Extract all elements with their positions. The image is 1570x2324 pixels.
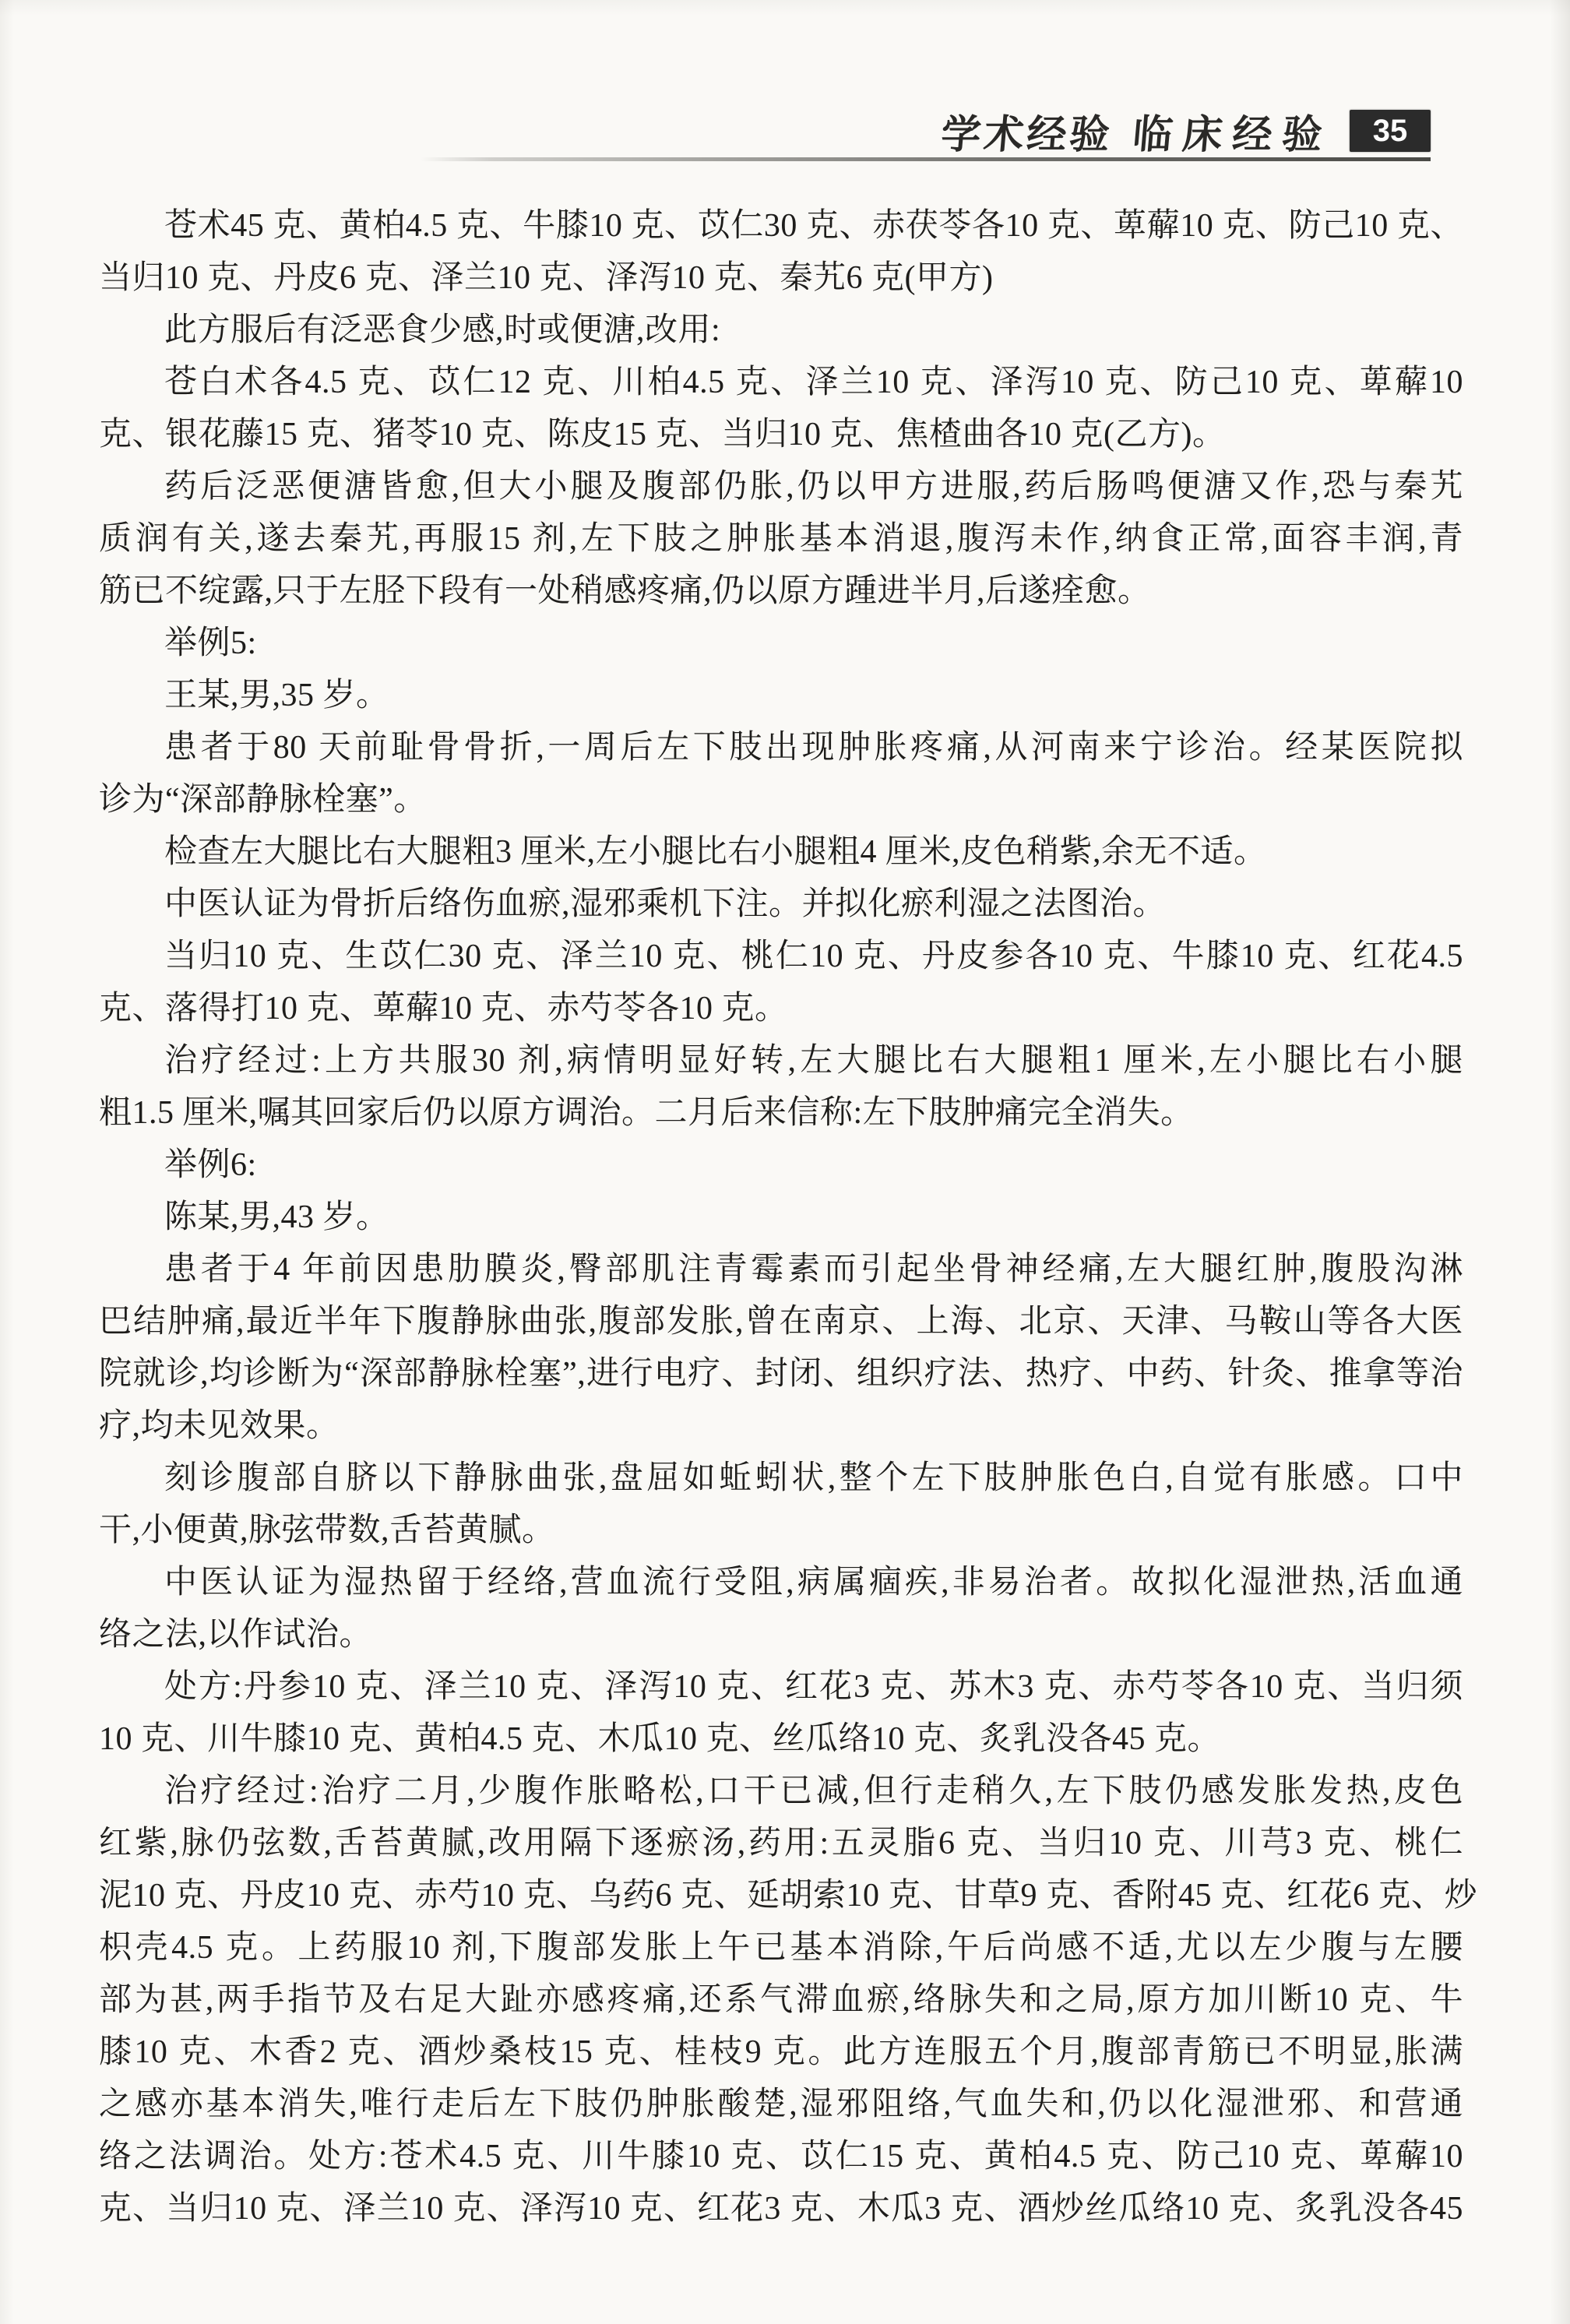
header-rule [421,157,1431,161]
header-section-left: 学术经验 [939,114,1114,157]
text-line: 治疗经过:上方共服30 剂,病情明显好转,左大腿比右大腿粗1 厘米,左小腿比右小… [99,1035,1463,1087]
text-line: 举例6: [99,1139,1463,1192]
text-line: 质润有关,遂去秦艽,再服15 剂,左下肢之肿胀基本消退,腹泻未作,纳食正常,面容… [99,513,1463,565]
text-line: 巴结肿痛,最近半年下腹静脉曲张,腹部发胀,曾在南京、上海、北京、天津、马鞍山等各… [99,1296,1463,1348]
text-line: 枳壳4.5 克。上药服10 剂,下腹部发胀上午已基本消除,午后尚感不适,尤以左少… [99,1922,1463,1974]
text-line: 中医认证为骨折后络伤血瘀,湿邪乘机下注。并拟化瘀利湿之法图治。 [99,879,1463,931]
text-line: 苍术45 克、黄柏4.5 克、牛膝10 克、苡仁30 克、赤茯苓各10 克、萆薢… [99,200,1463,252]
text-line: 部为甚,两手指节及右足大趾亦感疼痛,还系气滞血瘀,络脉失和之局,原方加川断10 … [99,1974,1463,2026]
running-header: 学术经验临床经验 35 [942,107,1431,154]
text-line: 泥10 克、丹皮10 克、赤芍10 克、乌药6 克、延胡索10 克、甘草9 克、… [99,1870,1463,1922]
text-line: 络之法调治。处方:苍术4.5 克、川牛膝10 克、苡仁15 克、黄柏4.5 克、… [99,2131,1463,2183]
text-line: 膝10 克、木香2 克、酒炒桑枝15 克、桂枝9 克。此方连服五个月,腹部青筋已… [99,2026,1463,2079]
text-line: 粗1.5 厘米,嘱其回家后仍以原方调治。二月后来信称:左下肢肿痛完全消失。 [99,1087,1463,1139]
text-line: 陈某,男,43 岁。 [99,1192,1463,1244]
text-line: 疗,均未见效果。 [99,1400,1463,1452]
text-line: 中医认证为湿热留于经络,营血流行受阻,病属痼疾,非易治者。故拟化湿泄热,活血通 [99,1557,1463,1609]
text-line: 干,小便黄,脉弦带数,舌苔黄腻。 [99,1505,1463,1557]
text-line: 红紫,脉仍弦数,舌苔黄腻,改用隔下逐瘀汤,药用:五灵脂6 克、当归10 克、川芎… [99,1818,1463,1870]
text-line: 诊为“深部静脉栓塞”。 [99,774,1463,826]
page-number-badge: 35 [1350,110,1431,152]
text-line: 此方服后有泛恶食少感,时或便溏,改用: [99,305,1463,357]
text-line: 刻诊腹部自脐以下静脉曲张,盘屈如蚯蚓状,整个左下肢肿胀色白,自觉有胀感。口中 [99,1452,1463,1505]
header-section-right: 临床经验 [1131,114,1334,157]
text-line: 之感亦基本消失,唯行走后左下肢仍肿胀酸楚,湿邪阻络,气血失和,仍以化湿泄邪、和营… [99,2079,1463,2131]
text-line: 检查左大腿比右大腿粗3 厘米,左小腿比右小腿粗4 厘米,皮色稍紫,余无不适。 [99,826,1463,879]
scanned-book-page: 学术经验临床经验 35 苍术45 克、黄柏4.5 克、牛膝10 克、苡仁30 克… [0,0,1570,2324]
running-header-title: 学术经验临床经验 [939,102,1336,160]
text-line: 10 克、川牛膝10 克、黄柏4.5 克、木瓜10 克、丝瓜络10 克、炙乳没各… [99,1713,1463,1766]
text-line: 患者于4 年前因患肋膜炎,臀部肌注青霉素而引起坐骨神经痛,左大腿红肿,腹股沟淋 [99,1244,1463,1296]
text-line: 治疗经过:治疗二月,少腹作胀略松,口干已减,但行走稍久,左下肢仍感发胀发热,皮色 [99,1766,1463,1818]
text-line: 克、落得打10 克、萆薢10 克、赤芍苓各10 克。 [99,983,1463,1035]
page-number: 35 [1373,114,1408,149]
text-line: 药后泛恶便溏皆愈,但大小腿及腹部仍胀,仍以甲方进服,药后肠鸣便溏又作,恐与秦艽 [99,461,1463,513]
text-line: 克、当归10 克、泽兰10 克、泽泻10 克、红花3 克、木瓜3 克、酒炒丝瓜络… [99,2183,1463,2235]
text-line: 当归10 克、丹皮6 克、泽兰10 克、泽泻10 克、秦艽6 克(甲方) [99,252,1463,305]
text-line: 举例5: [99,618,1463,670]
text-line: 苍白术各4.5 克、苡仁12 克、川柏4.5 克、泽兰10 克、泽泻10 克、防… [99,357,1463,409]
text-line: 处方:丹参10 克、泽兰10 克、泽泻10 克、红花3 克、苏木3 克、赤芍苓各… [99,1661,1463,1713]
text-line: 络之法,以作试治。 [99,1609,1463,1661]
text-line: 当归10 克、生苡仁30 克、泽兰10 克、桃仁10 克、丹皮参各10 克、牛膝… [99,931,1463,983]
body-text: 苍术45 克、黄柏4.5 克、牛膝10 克、苡仁30 克、赤茯苓各10 克、萆薢… [99,200,1463,2235]
text-line: 患者于80 天前耻骨骨折,一周后左下肢出现肿胀疼痛,从河南来宁诊治。经某医院拟 [99,722,1463,774]
text-line: 筋已不绽露,只于左胫下段有一处稍感疼痛,仍以原方踵进半月,后遂痊愈。 [99,565,1463,618]
text-line: 王某,男,35 岁。 [99,670,1463,722]
text-line: 院就诊,均诊断为“深部静脉栓塞”,进行电疗、封闭、组织疗法、热疗、中药、针灸、推… [99,1348,1463,1400]
text-line: 克、银花藤15 克、猪苓10 克、陈皮15 克、当归10 克、焦楂曲各10 克(… [99,409,1463,461]
